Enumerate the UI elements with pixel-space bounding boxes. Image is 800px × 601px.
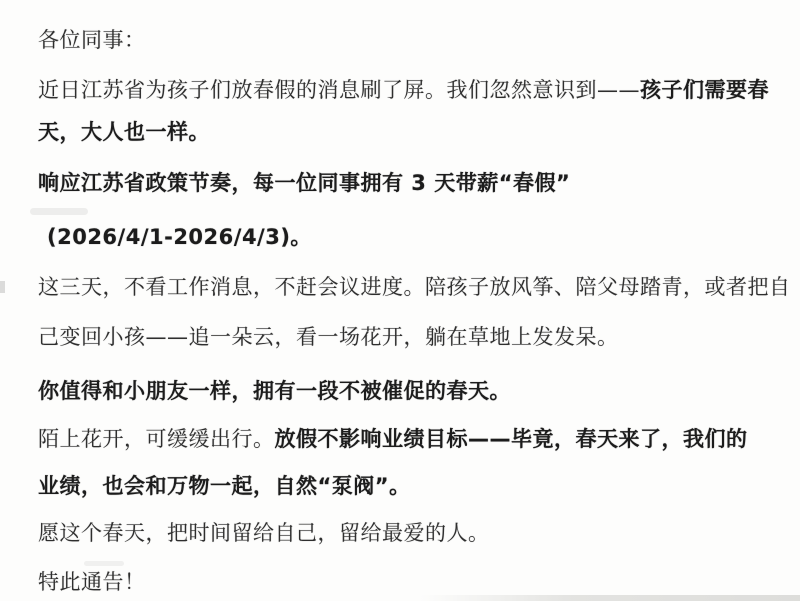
text-line: 特此通告！ xyxy=(38,566,146,596)
text-line: 各位同事： xyxy=(38,24,146,54)
text-run: 陌上花开，可缓缓出行。 xyxy=(38,427,275,451)
text-line: 陌上花开，可缓缓出行。放假不影响业绩目标——毕竟，春天来了，我们的 xyxy=(38,423,748,453)
text-line: 你值得和小朋友一样，拥有一段不被催促的春天。 xyxy=(38,375,511,405)
text-run: 孩子们需要春 xyxy=(640,78,769,102)
notice-page: 各位同事：近日江苏省为孩子们放春假的消息刷了屏。我们忽然意识到——孩子们需要春天… xyxy=(0,0,800,601)
text-run: 特此通告！ xyxy=(38,570,146,594)
text-run: 愿这个春天，把时间留给自己，留给最爱的人。 xyxy=(38,521,490,545)
text-run: 响应江苏省政策节奏，每一位同事拥有 3 天带薪“春假” xyxy=(38,171,570,195)
text-run: 这三天，不看工作消息，不赶会议进度。陪孩子放风筝、陪父母踏青，或者把自 xyxy=(38,275,791,299)
text-line: 己变回小孩——追一朵云，看一场花开，躺在草地上发发呆。 xyxy=(38,321,619,351)
text-line: 这三天，不看工作消息，不赶会议进度。陪孩子放风筝、陪父母踏青，或者把自 xyxy=(38,271,791,301)
text-line: 业绩，也会和万物一起，自然“泵阀”。 xyxy=(38,470,411,500)
text-line: 愿这个春天，把时间留给自己，留给最爱的人。 xyxy=(38,517,490,547)
cropped-stroke-artifact xyxy=(0,281,5,293)
text-run: 近日江苏省为孩子们放春假的消息刷了屏。我们忽然意识到—— xyxy=(38,78,640,102)
text-run: 业绩，也会和万物一起，自然“泵阀”。 xyxy=(38,474,411,498)
text-line: 响应江苏省政策节奏，每一位同事拥有 3 天带薪“春假” xyxy=(38,167,570,197)
text-run: 天，大人也一样。 xyxy=(38,120,210,144)
text-line: (2026/4/1-2026/4/3)。 xyxy=(47,221,312,251)
text-run: (2026/4/1-2026/4/3)。 xyxy=(47,225,312,249)
text-run: 己变回小孩——追一朵云，看一场花开，躺在草地上发发呆。 xyxy=(38,325,619,349)
text-line: 天，大人也一样。 xyxy=(38,116,210,146)
text-run: 你值得和小朋友一样，拥有一段不被催促的春天。 xyxy=(38,379,511,403)
text-run: 放假不影响业绩目标——毕竟，春天来了，我们的 xyxy=(275,427,748,451)
text-line: 近日江苏省为孩子们放春假的消息刷了屏。我们忽然意识到——孩子们需要春 xyxy=(38,74,769,104)
text-run: 各位同事： xyxy=(38,28,146,52)
notice-body: 各位同事：近日江苏省为孩子们放春假的消息刷了屏。我们忽然意识到——孩子们需要春天… xyxy=(38,0,780,601)
